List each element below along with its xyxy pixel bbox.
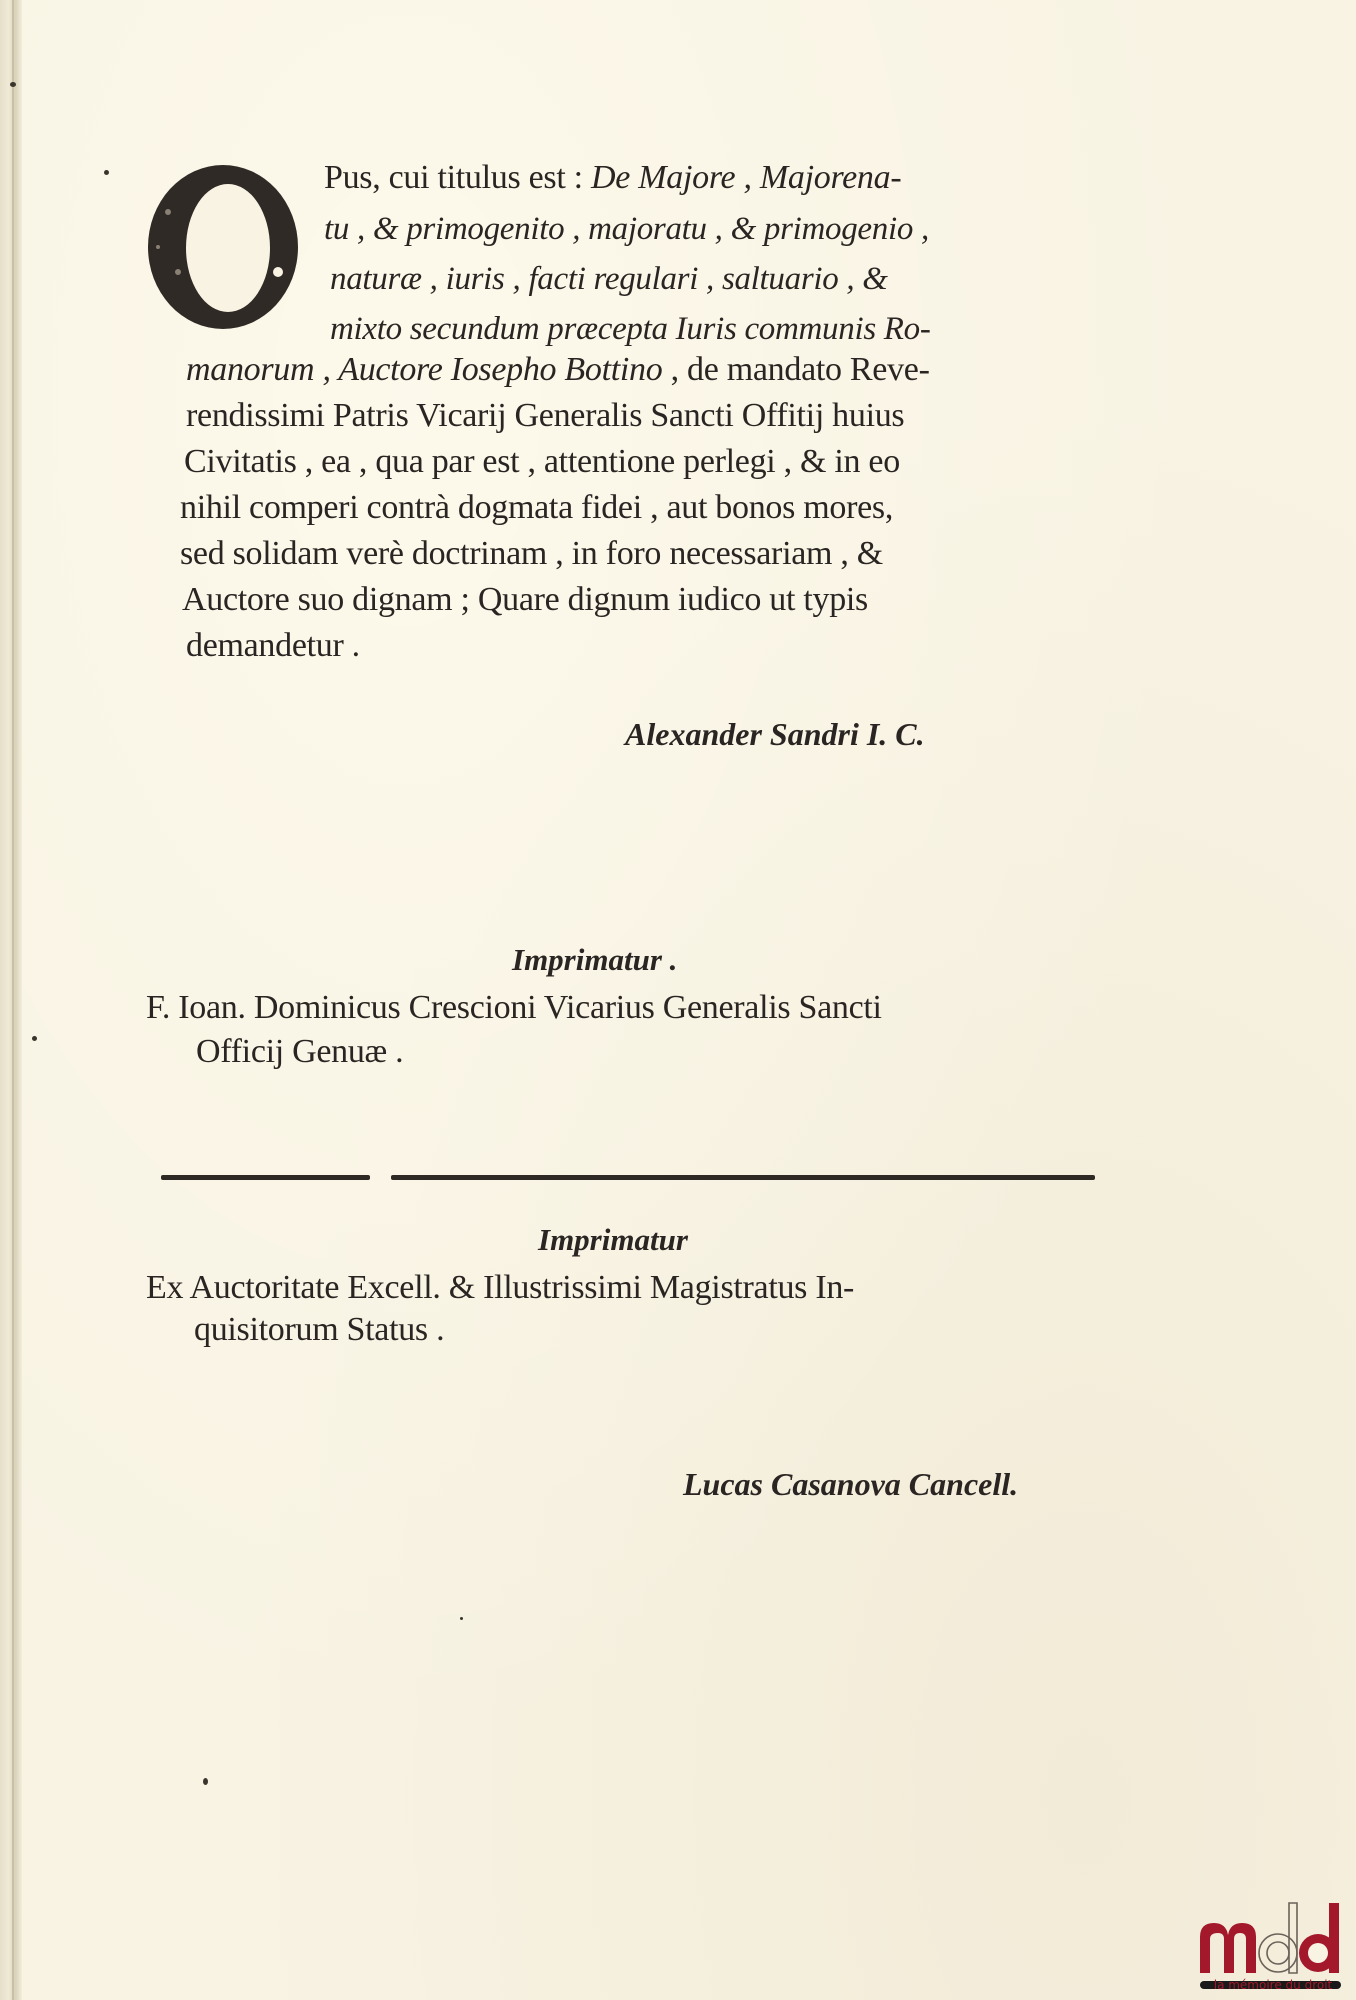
paper-speck: [460, 1617, 463, 1620]
text-roman: Pus, cui titulus est :: [324, 159, 591, 196]
text-roman: nihil comperi contrà dogmata fidei , aut…: [180, 489, 893, 526]
binding-gutter: [0, 0, 22, 2000]
text-roman: Auctore suo dignam ; Quare dignum iudico…: [182, 581, 868, 618]
decorated-initial-o-icon: [138, 152, 318, 337]
text-line: manorum , Auctore Iosepho Bottino , de m…: [186, 350, 930, 390]
text-line: mixto secundum præcepta Iuris communis R…: [330, 309, 931, 349]
paper-speck: [32, 1036, 37, 1041]
text-line: sed solidam verè doctrinam , in foro nec…: [180, 534, 883, 574]
section-divider-rule-left: [161, 1175, 370, 1180]
text-line: Auctore suo dignam ; Quare dignum iudico…: [182, 580, 868, 620]
imprimatur-2-signature: Lucas Casanova Cancell.: [683, 1464, 1018, 1504]
imprimatur-1-line-2: Officij Genuæ .: [196, 1032, 403, 1072]
text-roman: sed solidam verè doctrinam , in foro nec…: [180, 535, 883, 572]
text-roman: Civitatis , ea , qua par est , attention…: [184, 443, 900, 480]
paper-speck: [203, 1778, 208, 1785]
text-italic-title: mixto secundum præcepta Iuris communis R…: [330, 311, 931, 347]
text-italic-title: De Majore , Majorena-: [591, 159, 901, 196]
mdd-logo-tagline: la mémoire du droit: [1198, 1978, 1348, 1992]
text-line: Pus, cui titulus est : De Majore , Major…: [324, 158, 901, 198]
text-italic-author: manorum , Auctore Iosepho Bottino: [186, 351, 662, 388]
text-line: tu , & primogenito , majoratu , & primog…: [324, 209, 929, 249]
text-roman: demandetur .: [186, 627, 360, 664]
text-roman: rendissimi Patris Vicarij Generalis Sanc…: [186, 397, 904, 434]
text-italic-title: naturæ , iuris , facti regulari , saltua…: [330, 261, 888, 297]
text-italic-title: tu , & primogenito , majoratu , & primog…: [324, 211, 929, 247]
approbation-signature: Alexander Sandri I. C.: [625, 714, 925, 754]
gutter-fold-line: [12, 0, 14, 2000]
text-line: nihil comperi contrà dogmata fidei , aut…: [180, 488, 893, 528]
text-line: demandetur .: [186, 626, 360, 666]
section-divider-rule-right: [391, 1175, 1095, 1180]
paper-speck: [10, 82, 16, 87]
text-line: naturæ , iuris , facti regulari , saltua…: [330, 259, 888, 299]
imprimatur-2-line-1: Ex Auctoritate Excell. & Illustrissimi M…: [146, 1268, 854, 1308]
text-line: Civitatis , ea , qua par est , attention…: [184, 442, 900, 482]
text-roman: , de mandato Reve-: [662, 351, 929, 388]
paper-speck: [104, 170, 109, 175]
imprimatur-heading-1: Imprimatur .: [512, 940, 677, 980]
imprimatur-heading-2: Imprimatur: [538, 1220, 688, 1260]
imprimatur-2-line-2: quisitorum Status .: [194, 1310, 444, 1350]
imprimatur-1-line-1: F. Ioan. Dominicus Crescioni Vicarius Ge…: [146, 988, 882, 1028]
text-line: rendissimi Patris Vicarij Generalis Sanc…: [186, 396, 904, 436]
